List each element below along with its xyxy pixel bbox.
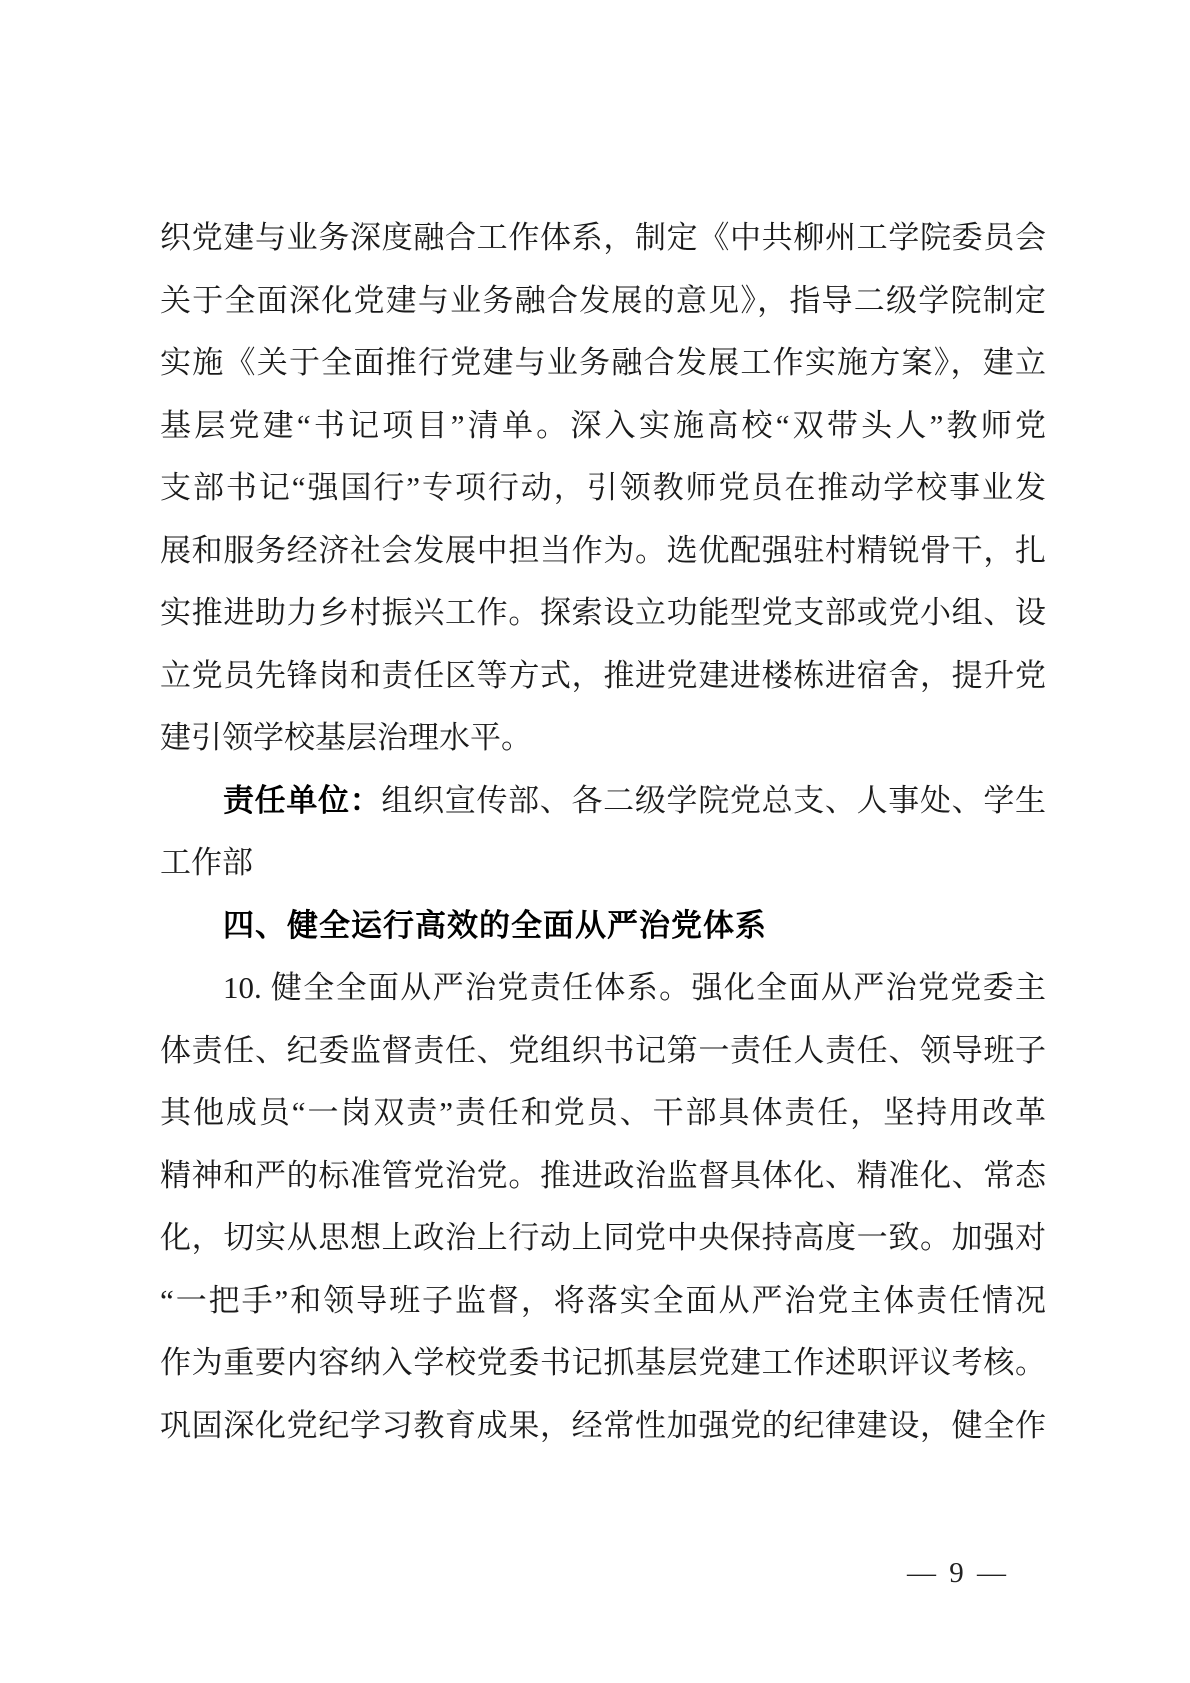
item-10-line: 精神和严的标准管党治党。推进政治监督具体化、精准化、常态 xyxy=(160,1145,1046,1208)
continuation-paragraph-line: 展和服务经济社会发展中担当作为。选优配强驻村精锐骨干，扎 xyxy=(160,520,1046,583)
item-10-line: 体责任、纪委监督责任、党组织书记第一责任人责任、领导班子 xyxy=(160,1020,1046,1083)
continuation-paragraph-line: 立党员先锋岗和责任区等方式，推进党建进楼栋进宿舍，提升党 xyxy=(160,645,1046,708)
item-10-line: 其他成员“一岗双责”责任和党员、干部具体责任，坚持用改革 xyxy=(160,1082,1046,1145)
section-heading: 四、健全运行高效的全面从严治党体系 xyxy=(160,895,1046,958)
responsibility-unit-line: 责任单位：组织宣传部、各二级学院党总支、人事处、学生 xyxy=(160,770,1046,833)
continuation-paragraph-line: 织党建与业务深度融合工作体系，制定《中共柳州工学院委员会 xyxy=(160,207,1046,270)
item-10-number: 10. xyxy=(223,970,262,1005)
continuation-paragraph-line: 实推进助力乡村振兴工作。探索设立功能型党支部或党小组、设 xyxy=(160,582,1046,645)
continuation-paragraph-line: 基层党建“书记项目”清单。深入实施高校“双带头人”教师党 xyxy=(160,395,1046,458)
item-10-line: 巩固深化党纪学习教育成果，经常性加强党的纪律建设，健全作 xyxy=(160,1395,1046,1458)
item-10-first-line: 10. 健全全面从严治党责任体系。强化全面从严治党党委主 xyxy=(160,957,1046,1020)
item-10-line: 化，切实从思想上政治上行动上同党中央保持高度一致。加强对 xyxy=(160,1207,1046,1270)
item-10-text: 强化全面从严治党党委主 xyxy=(691,970,1046,1005)
continuation-paragraph-last-line: 建引领学校基层治理水平。 xyxy=(160,707,1046,770)
item-10-line: “一把手”和领导班子监督，将落实全面从严治党主体责任情况 xyxy=(160,1270,1046,1333)
document-page: 织党建与业务深度融合工作体系，制定《中共柳州工学院委员会 关于全面深化党建与业务… xyxy=(0,0,1190,1683)
continuation-paragraph-line: 实施《关于全面推行党建与业务融合发展工作实施方案》，建立 xyxy=(160,332,1046,395)
page-text-content: 织党建与业务深度融合工作体系，制定《中共柳州工学院委员会 关于全面深化党建与业务… xyxy=(160,207,1046,1457)
item-10-line: 作为重要内容纳入学校党委书记抓基层党建工作述职评议考核。 xyxy=(160,1332,1046,1395)
responsibility-unit-continuation: 工作部 xyxy=(160,832,1046,895)
item-10-title: 健全全面从严治党责任体系。 xyxy=(271,970,692,1005)
continuation-paragraph-line: 关于全面深化党建与业务融合发展的意见》，指导二级学院制定 xyxy=(160,270,1046,333)
responsibility-unit-label: 责任单位： xyxy=(223,783,381,818)
responsibility-unit-text: 组织宣传部、各二级学院党总支、人事处、学生 xyxy=(381,783,1046,818)
page-number: — 9 — xyxy=(160,1553,1046,1593)
continuation-paragraph-line: 支部书记“强国行”专项行动，引领教师党员在推动学校事业发 xyxy=(160,457,1046,520)
